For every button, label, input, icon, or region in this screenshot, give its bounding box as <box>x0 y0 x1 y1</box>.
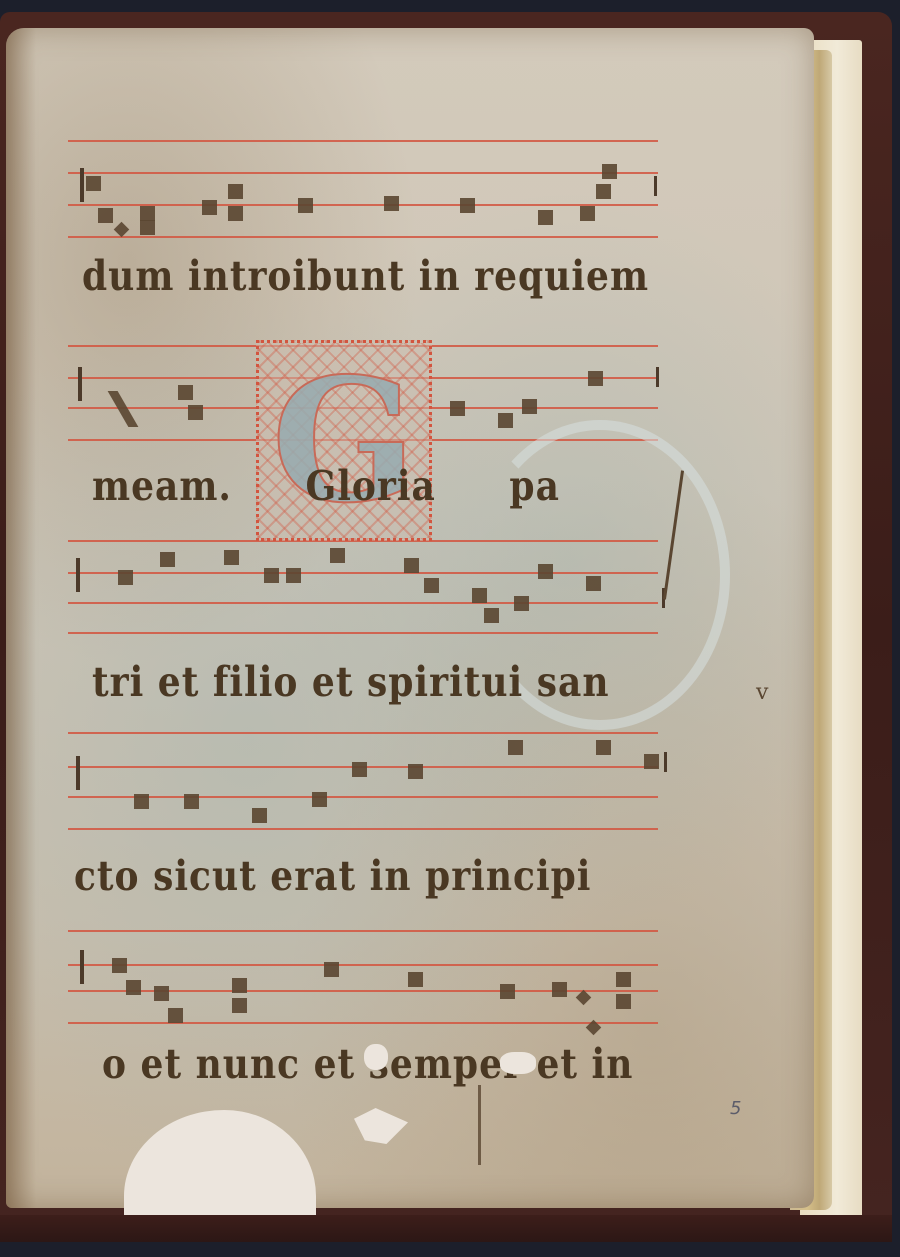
note <box>118 570 133 585</box>
note <box>324 962 339 977</box>
note <box>160 552 175 567</box>
note <box>112 958 127 973</box>
margin-mark: v <box>756 680 768 705</box>
parchment-hole <box>500 1052 536 1074</box>
clef-icon <box>80 950 84 984</box>
clef-icon <box>80 168 84 202</box>
staff-4 <box>68 732 658 832</box>
text-line-2: meam. Gloria pa <box>92 462 560 510</box>
note <box>538 210 553 225</box>
note <box>408 764 423 779</box>
note <box>508 740 523 755</box>
note <box>352 762 367 777</box>
note <box>580 206 595 221</box>
decorated-initial: G <box>256 340 432 541</box>
note <box>298 198 313 213</box>
note <box>588 371 603 386</box>
note <box>228 184 243 199</box>
text-line-3: tri et filio et spiritui san <box>92 658 610 706</box>
clef-icon <box>76 558 80 592</box>
custos-icon <box>654 176 657 196</box>
note <box>184 794 199 809</box>
note <box>202 200 217 215</box>
note <box>134 794 149 809</box>
note <box>140 206 155 221</box>
note <box>154 986 169 1001</box>
note <box>224 550 239 565</box>
note <box>264 568 279 583</box>
note <box>232 978 247 993</box>
note <box>602 164 617 179</box>
binding-bottom-edge <box>0 1215 892 1242</box>
note <box>522 399 537 414</box>
note <box>500 984 515 999</box>
note <box>86 176 101 191</box>
note <box>232 998 247 1013</box>
staff-1 <box>68 140 658 240</box>
note <box>252 808 267 823</box>
note <box>286 568 301 583</box>
note <box>408 972 423 987</box>
note <box>596 740 611 755</box>
ligature <box>108 391 139 427</box>
note <box>168 1008 183 1023</box>
note <box>330 548 345 563</box>
note <box>126 980 141 995</box>
note <box>498 413 513 428</box>
custos-icon <box>656 367 659 387</box>
note <box>404 558 419 573</box>
note <box>596 184 611 199</box>
clef-icon <box>76 756 80 790</box>
note <box>576 990 592 1006</box>
note <box>312 792 327 807</box>
note <box>616 994 631 1009</box>
clef-icon <box>78 367 82 401</box>
note <box>616 972 631 987</box>
custos-icon <box>664 752 667 772</box>
gutter-shadow <box>6 28 36 1208</box>
staff-5 <box>68 930 658 1030</box>
pen-descender <box>478 1085 481 1165</box>
note <box>98 208 113 223</box>
note <box>188 405 203 420</box>
parchment-hole <box>364 1044 388 1070</box>
note <box>114 222 130 238</box>
note <box>450 401 465 416</box>
note <box>424 578 439 593</box>
text-line-4: cto sicut erat in principi <box>74 852 591 900</box>
text-line-1: dum introibunt in requiem <box>82 252 649 300</box>
note <box>178 385 193 400</box>
note <box>552 982 567 997</box>
note <box>644 754 659 769</box>
note <box>460 198 475 213</box>
note <box>384 196 399 211</box>
note <box>228 206 243 221</box>
note <box>140 220 155 235</box>
folio-number: 5 <box>730 1098 741 1119</box>
